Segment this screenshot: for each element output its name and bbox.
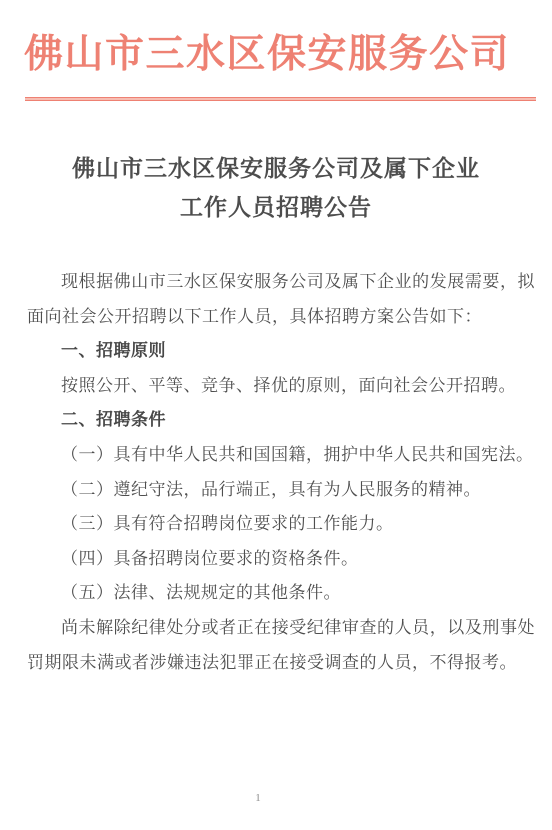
condition-item-3: （三）具有符合招聘岗位要求的工作能力。 <box>27 507 535 542</box>
intro-paragraph: 现根据佛山市三水区保安服务公司及属下企业的发展需要，拟面向社会公开招聘以下工作人… <box>27 265 535 334</box>
letterhead-divider-rule <box>25 97 536 101</box>
document-title-line-1: 佛山市三水区保安服务公司及属下企业 <box>0 150 552 189</box>
page-number: 1 <box>0 792 534 804</box>
condition-item-2: （二）遵纪守法，品行端正，具有为人民服务的精神。 <box>27 473 535 508</box>
condition-item-1: （一）具有中华人民共和国国籍，拥护中华人民共和国宪法。 <box>27 438 535 473</box>
document-title-line-2: 工作人员招聘公告 <box>0 189 552 228</box>
section-1-paragraph: 按照公开、平等、竞争、择优的原则，面向社会公开招聘。 <box>27 369 535 404</box>
condition-item-4: （四）具备招聘岗位要求的资格条件。 <box>27 542 535 577</box>
letterhead-company-name: 佛山市三水区保安服务公司 <box>0 31 543 79</box>
closing-paragraph: 尚未解除纪律处分或者正在接受纪律审查的人员，以及刑事处罚期限未满或者涉嫌违法犯罪… <box>27 611 535 680</box>
condition-item-5: （五）法律、法规规定的其他条件。 <box>27 576 535 611</box>
announcement-body: 现根据佛山市三水区保安服务公司及属下企业的发展需要，拟面向社会公开招聘以下工作人… <box>27 265 535 680</box>
section-2-heading: 二、招聘条件 <box>27 403 535 438</box>
document-title: 佛山市三水区保安服务公司及属下企业 工作人员招聘公告 <box>0 150 552 227</box>
section-1-heading: 一、招聘原则 <box>27 334 535 369</box>
